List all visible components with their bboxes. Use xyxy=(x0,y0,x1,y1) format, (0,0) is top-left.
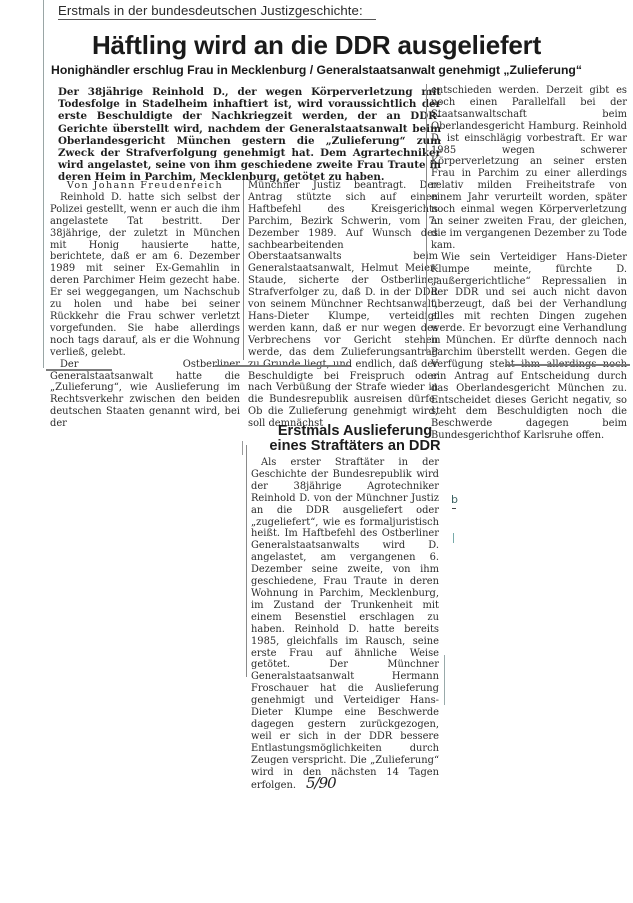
kicker-line: Erstmals in der bundesdeutschen Justizge… xyxy=(58,3,363,18)
lead-paragraph: Der 38jährige Reinhold D., der wegen Kör… xyxy=(58,86,441,184)
article-column-3: entschieden werden. Derzeit gibt es noch… xyxy=(431,85,627,442)
article-column-2: Münchner Justiz beantragt. Der Antrag st… xyxy=(248,180,438,430)
headline-line: Erstmals Auslieferung xyxy=(240,424,470,439)
headline-line: eines Straftäters an DDR xyxy=(240,439,470,454)
clipping-edge xyxy=(246,445,247,677)
clipping-right-edge xyxy=(444,655,445,705)
body-text: Als erster Straftäter in der Geschichte … xyxy=(251,457,439,791)
handwritten-date-note: 5/90 xyxy=(306,774,336,792)
article-column-1: Von Johann Freudenreich Reinhold D. hatt… xyxy=(50,180,240,430)
cut-edge-line xyxy=(505,364,630,366)
cut-edge-line xyxy=(46,369,112,371)
margin-mark: b xyxy=(451,493,458,506)
newspaper-clipping-main: Erstmals in der bundesdeutschen Justizge… xyxy=(0,0,633,380)
cut-edge-line xyxy=(215,365,350,367)
paragraph: Münchner Justiz beantragt. Der Antrag st… xyxy=(248,180,438,430)
column-divider xyxy=(426,84,427,354)
margin-tick xyxy=(453,533,454,543)
margin-dash xyxy=(452,508,456,509)
kicker-underline xyxy=(58,19,376,20)
byline: Von Johann Freudenreich xyxy=(50,180,240,192)
paragraph: Als erster Straftäter in der Geschichte … xyxy=(251,457,439,792)
secondary-body: Als erster Straftäter in der Geschichte … xyxy=(251,457,439,792)
paragraph: Reinhold D. hatte sich selbst der Polize… xyxy=(50,192,240,359)
paragraph: entschieden werden. Derzeit gibt es noch… xyxy=(431,85,627,252)
headline: Häftling wird an die DDR ausgeliefert xyxy=(0,30,633,61)
paragraph: Wie sein Verteidiger Hans-Dieter Klumpe … xyxy=(431,252,627,443)
secondary-headline: Erstmals Auslieferung eines Straftäters … xyxy=(240,424,470,454)
subheadline: Honighändler erschlug Frau in Mecklenbur… xyxy=(0,63,633,77)
column-divider xyxy=(243,180,244,360)
